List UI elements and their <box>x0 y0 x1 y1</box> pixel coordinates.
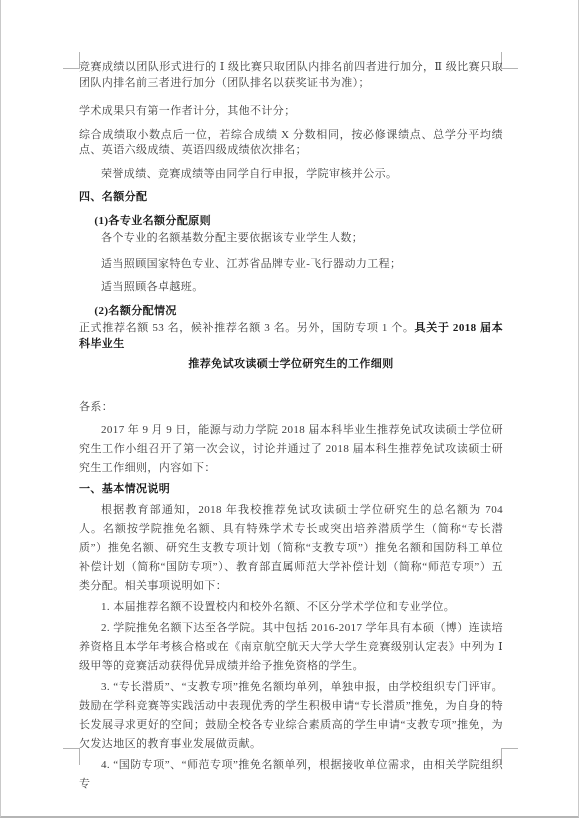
document-body: 竞赛成绩以团队形式进行的 Ⅰ 级比赛只取团队内排名前四者进行加分，Ⅱ 级比赛只取… <box>79 60 503 796</box>
allocation-summary: 正式推荐名额 53 名，候补推荐名额 3 名。另外，国防专项 1 个。具关于 2… <box>79 321 503 352</box>
notice-title: 推荐免试攻读硕士学位研究生的工作细则 <box>79 357 503 373</box>
margin-mark-bottom-left <box>63 748 80 765</box>
margin-mark-top-right <box>501 52 518 69</box>
notice-item-2: 2. 学院推免名额下达至各学院。其中包括 2016-2017 学年具有本硕（博）… <box>79 619 503 676</box>
competition-team-rule: 竞赛成绩以团队形式进行的 Ⅰ 级比赛只取团队内排名前四者进行加分，Ⅱ 级比赛只取… <box>79 60 503 91</box>
notice-item-3: 3. “专长潜质”、“支教专项”推免名额均单列，单独申报，由学校组织专门评审。鼓… <box>79 678 503 754</box>
principle-item-student-count: 各个专业的名额基数分配主要依据该专业学生人数； <box>79 231 503 247</box>
salutation: 各系： <box>79 398 503 417</box>
notice-item-1: 1. 本届推荐名额不设置校内和校外名额、不区分学术学位和专业学位。 <box>79 598 503 617</box>
academic-result-rule: 学术成果只有第一作者计分，其他不计分； <box>79 104 503 120</box>
subheading-allocation-status: (2)名额分配情况 <box>94 304 503 320</box>
section-heading-basic-info: 一、基本情况说明 <box>79 480 503 499</box>
basic-info-paragraph: 根据教育部通知，2018 年我校推荐免试攻读硕士学位研究生的总名额为 704 人… <box>79 501 503 596</box>
margin-mark-bottom-right <box>501 748 518 765</box>
section-heading-quota-allocation: 四、名额分配 <box>79 190 503 206</box>
allocation-summary-text: 正式推荐名额 53 名，候补推荐名额 3 名。另外，国防专项 1 个。 <box>79 322 415 334</box>
margin-mark-top-left <box>63 52 80 69</box>
notice-item-4: 4. “国防专项”、“师范专项”推免名额单列，根据接收单位需求，由相关学院组织专 <box>79 756 503 794</box>
principle-item-key-majors: 适当照顾国家特色专业、江苏省品牌专业-飞行器动力工程； <box>79 257 503 273</box>
document-page: 竞赛成绩以团队形式进行的 Ⅰ 级比赛只取团队内排名前四者进行加分，Ⅱ 级比赛只取… <box>0 0 579 818</box>
notice-intro-paragraph: 2017 年 9 月 9 日，能源与动力学院 2018 届本科毕业生推荐免试攻读… <box>79 421 503 478</box>
subheading-allocation-principles: (1)各专业名额分配原则 <box>94 214 503 230</box>
principle-item-elite-classes: 适当照顾各卓越班。 <box>79 280 503 296</box>
composite-score-rule: 综合成绩取小数点后一位，若综合成绩 X 分数相同，按必修课绩点、总学分平均绩点、… <box>79 128 503 159</box>
self-report-rule: 荣誉成绩、竞赛成绩等由同学自行申报，学院审核并公示。 <box>79 167 503 183</box>
